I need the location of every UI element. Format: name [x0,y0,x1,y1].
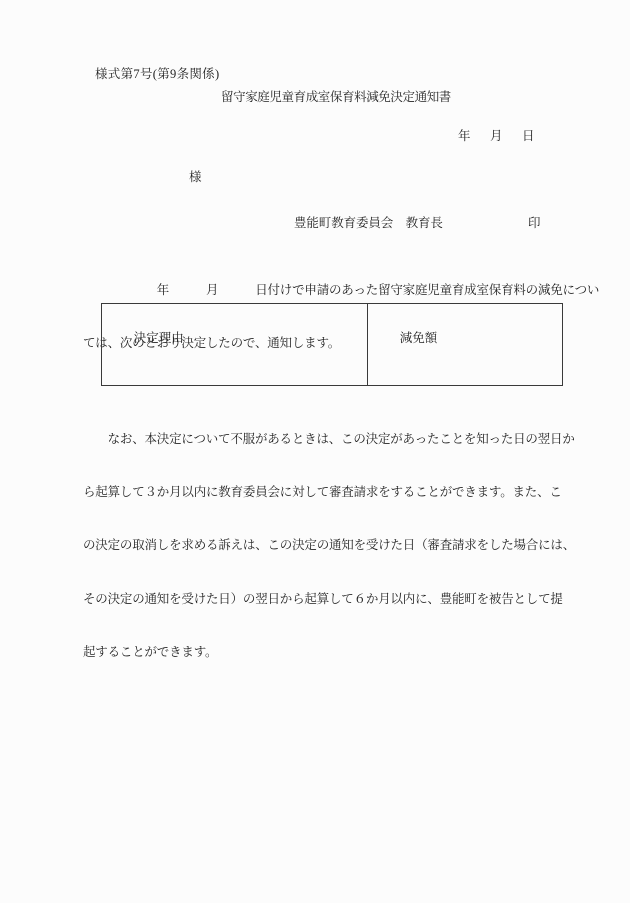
seal-mark: 印 [528,213,541,231]
reduction-amount-cell: 減免額 [368,304,562,385]
issuer-organization: 豊能町教育委員会 教育長 [294,213,443,231]
appeal-paragraph-line: 起することができます。 [83,641,575,664]
intro-paragraph-line: 年 月 日付けで申請のあった留守家庭児童育成室保育料の減免につい [83,279,599,302]
form-number: 様式第7号(第9条関係) [95,64,219,82]
document-title: 留守家庭児童育成室保育料減免決定通知書 [221,87,451,105]
decision-table: 決定理由 減免額 [101,303,563,386]
reduction-amount-label: 減免額 [400,331,438,345]
decision-reason-label: 決定理由 [134,331,184,345]
appeal-paragraph-line: その決定の通知を受けた日）の翌日から起算して６か月以内に、豊能町を被告として提 [83,588,575,611]
document-page: 様式第7号(第9条関係) 留守家庭児童育成室保育料減免決定通知書 年 月 日 様… [0,0,630,903]
appeal-paragraph-line: なお、本決定について不服があるときは、この決定があったことを知った日の翌日か [83,428,575,451]
date-year-label: 年 [458,126,471,144]
addressee-honorific: 様 [189,167,202,185]
appeal-paragraph-line: ら起算して３か月以内に教育委員会に対して審査請求をすることができます。また、こ [83,481,575,504]
date-line: 年 月 日 [458,126,535,144]
date-month-label: 月 [490,126,503,144]
appeal-paragraph: なお、本決定について不服があるときは、この決定があったことを知った日の翌日か ら… [83,398,575,694]
date-day-label: 日 [522,126,535,144]
decision-reason-cell: 決定理由 [102,304,368,385]
appeal-paragraph-line: の決定の取消しを求める訴えは、この決定の通知を受けた日（審査請求をした場合には、 [83,534,575,557]
